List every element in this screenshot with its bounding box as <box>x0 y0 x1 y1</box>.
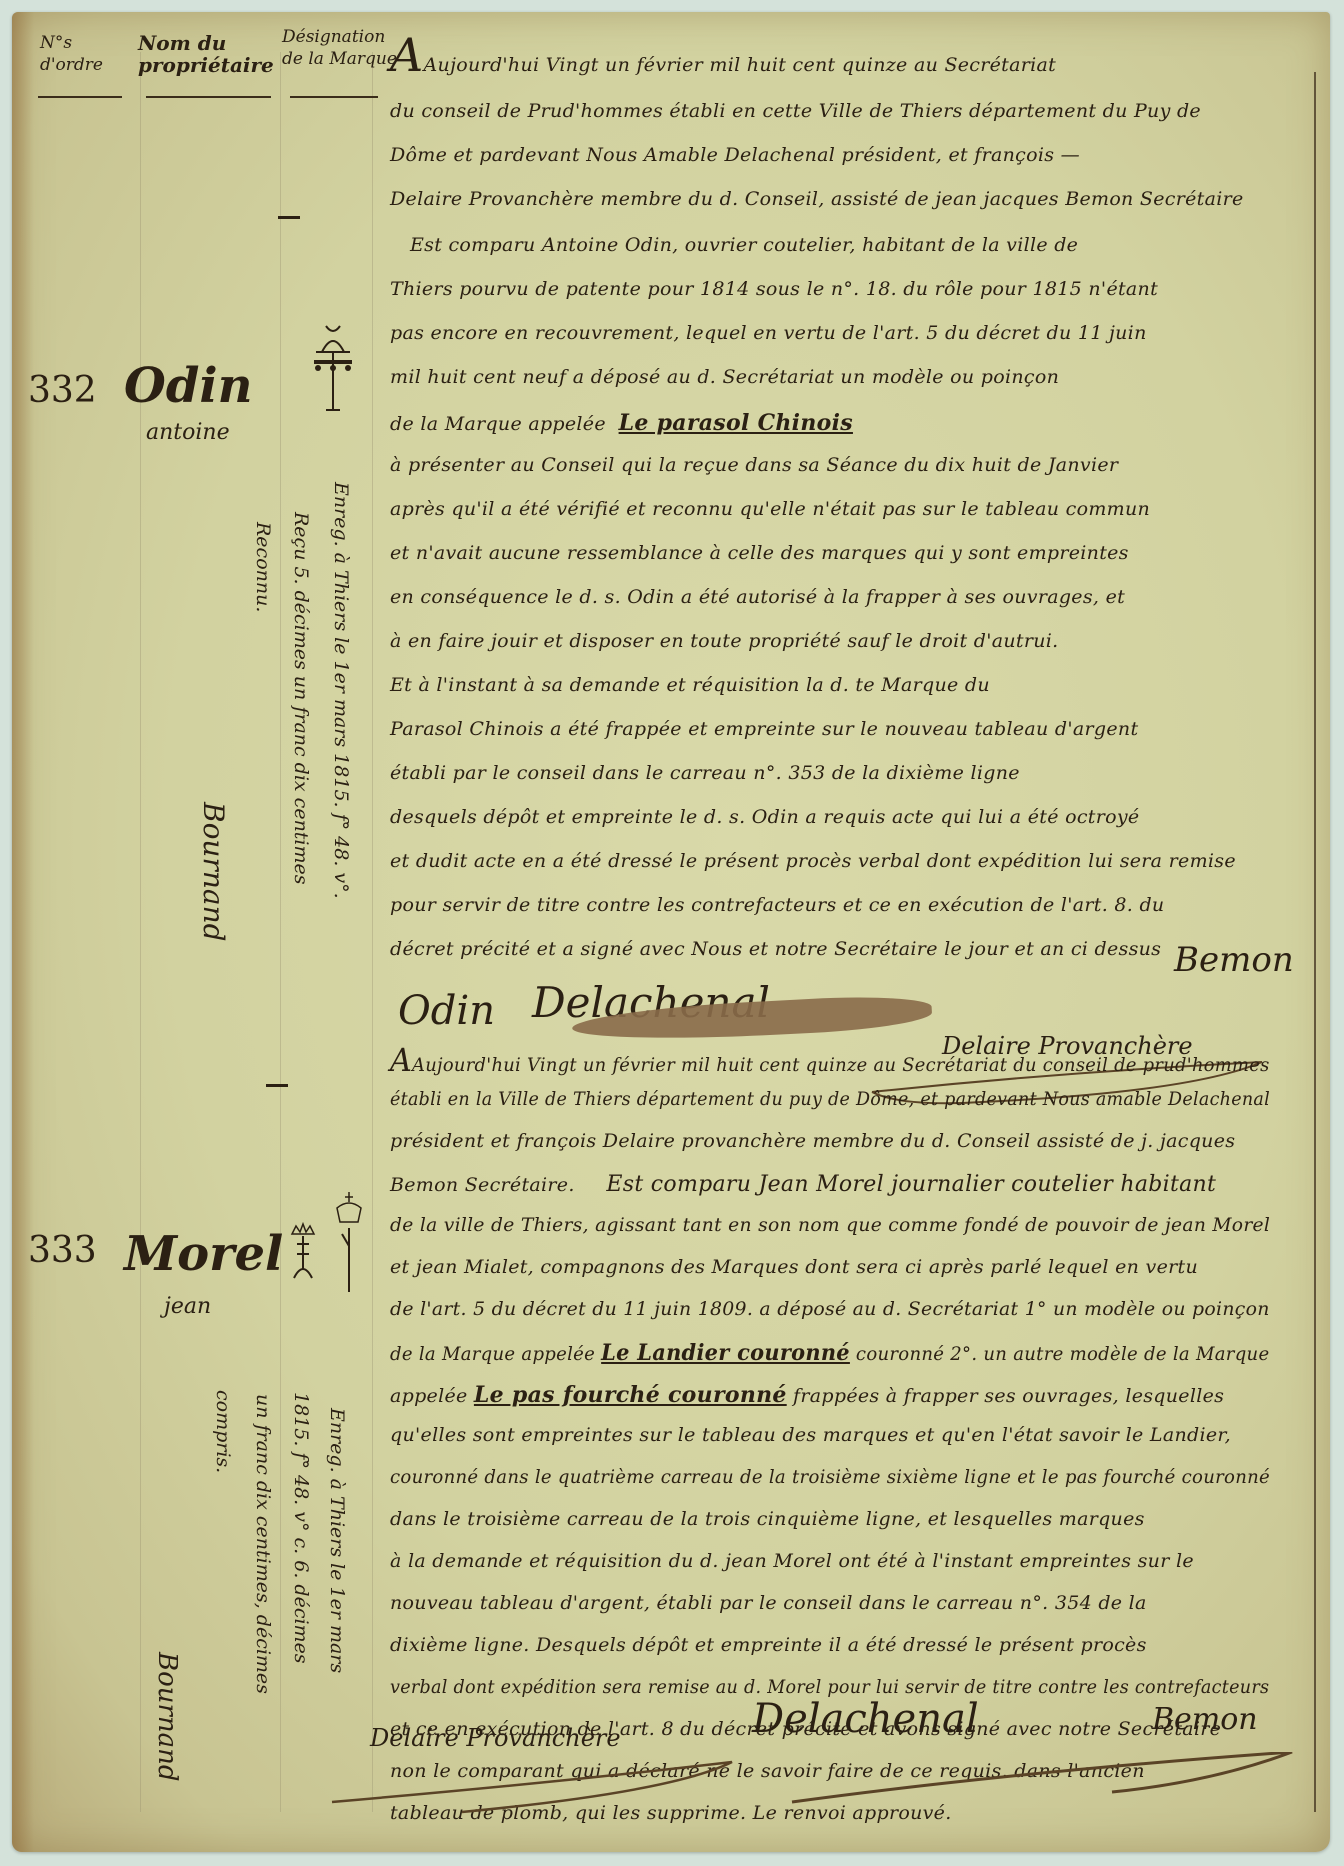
header-rule <box>290 96 378 98</box>
signature-bemon: Bemon <box>1174 940 1294 980</box>
body-line: et jean Mialet, compagnons des Marques d… <box>390 1256 1198 1278</box>
header-rule <box>38 96 122 98</box>
body-line: pas encore en recouvrement, lequel en ve… <box>390 322 1147 344</box>
body-line: à présenter au Conseil qui la reçue dans… <box>390 454 1118 476</box>
body-line: Bemon Secrétaire. Est comparu Jean Morel… <box>390 1172 1216 1197</box>
manuscript-page: N°s d'ordre Nom du propriétaire Désignat… <box>12 12 1330 1852</box>
header-number-column: N°s d'ordre <box>40 32 103 76</box>
body-line: pour servir de titre contre les contrefa… <box>390 894 1164 916</box>
margin-signature: Bournand <box>197 802 230 942</box>
body-line: Parasol Chinois a été frappée et emprein… <box>390 718 1138 740</box>
mark-name-pas-fourche: Le pas fourché couronné <box>474 1382 787 1408</box>
body-line: de l'art. 5 du décret du 11 juin 1809. a… <box>390 1298 1270 1320</box>
initial-capital: A <box>390 28 424 82</box>
header-rule <box>146 96 271 98</box>
body-line: décret précité et a signé avec Nous et n… <box>390 938 1161 960</box>
body-line: dans le troisième carreau de la trois ci… <box>390 1508 1145 1530</box>
body-line: et dudit acte en a été dressé le présent… <box>390 850 1236 872</box>
margin-dash <box>266 1084 288 1087</box>
body-line: après qu'il a été vérifié et reconnu qu'… <box>390 498 1150 520</box>
landier-crown-mark-icon <box>288 1222 318 1282</box>
mark-name: Le parasol Chinois <box>619 410 853 436</box>
margin-registration-note: Enreg. à Thiers le 1er mars 1815. f° 48.… <box>330 482 352 899</box>
signature-bemon: Bemon <box>1152 1702 1258 1737</box>
margin-registration-note: Reçu 5. décimes un franc dix centimes <box>290 512 312 885</box>
header-mark-column: Désignation de la Marque <box>282 26 397 70</box>
body-line: Dôme et pardevant Nous Amable Delachenal… <box>390 144 1080 166</box>
margin-dash <box>278 216 300 219</box>
initial-capital: A <box>390 1041 412 1079</box>
margin-registration-note: un franc dix centimes, décimes <box>252 1394 274 1694</box>
parasol-mark-icon <box>308 322 358 417</box>
mark-name-landier: Le Landier couronné <box>601 1340 850 1366</box>
body-line: à la demande et réquisition du d. jean M… <box>390 1550 1194 1572</box>
body-line: du conseil de Prud'hommes établi en cett… <box>390 100 1201 122</box>
body-line: mil huit cent neuf a déposé au d. Secrét… <box>390 366 1059 388</box>
body-line: qu'elles sont empreintes sur le tableau … <box>390 1424 1231 1446</box>
body-line: de la Marque appelée Le parasol Chinois <box>390 410 853 436</box>
body-line: AAujourd'hui Vingt un février mil huit c… <box>390 32 1056 78</box>
body-line: de la ville de Thiers, agissant tant en … <box>390 1214 1270 1236</box>
body-line: dixième ligne. Desquels dépôt et emprein… <box>390 1634 1147 1656</box>
column-rule <box>140 52 141 1812</box>
image-frame: N°s d'ordre Nom du propriétaire Désignat… <box>0 0 1344 1866</box>
crown-fork-mark-icon <box>334 1192 364 1292</box>
page-binding-edge <box>1314 72 1316 1812</box>
body-line: desquels dépôt et empreinte le d. s. Odi… <box>390 806 1139 828</box>
header-owner-column: Nom du propriétaire <box>138 32 274 76</box>
margin-signature: Bournand <box>152 1652 182 1782</box>
comparant-line: Est comparu Jean Morel journalier coutel… <box>606 1172 1216 1197</box>
signature-delachenal: Delachenal <box>752 1696 979 1742</box>
body-line: AAujourd'hui Vingt un février mil huit c… <box>390 1044 1270 1076</box>
body-line: président et françois Delaire provanchèr… <box>390 1130 1235 1152</box>
owner-surname: Odin <box>124 358 253 414</box>
body-line: verbal dont expédition sera remise au d.… <box>390 1676 1269 1698</box>
margin-registration-note: 1815. f° 48. v° c. 6. décimes <box>290 1392 312 1664</box>
margin-registration-note: Reconnu. <box>252 522 274 612</box>
owner-given-name: antoine <box>146 420 230 445</box>
column-rule <box>372 52 373 1812</box>
body-line: de la Marque appelée Le Landier couronné… <box>390 1340 1269 1366</box>
body-line: établi en la Ville de Thiers département… <box>390 1088 1270 1110</box>
body-line: en conséquence le d. s. Odin a été autor… <box>390 586 1125 608</box>
signature-odin: Odin <box>398 988 495 1034</box>
signature-flourish <box>312 1752 1312 1832</box>
body-line: Delaire Provanchère membre du d. Conseil… <box>390 188 1244 210</box>
body-line: Thiers pourvu de patente pour 1814 sous … <box>390 278 1158 300</box>
column-rule <box>280 52 281 1812</box>
body-line: couronné dans le quatrième carreau de la… <box>390 1466 1270 1488</box>
owner-given-name: jean <box>164 1294 211 1319</box>
margin-registration-note: compris. <box>212 1390 234 1473</box>
body-line: à en faire jouir et disposer en toute pr… <box>390 630 1059 652</box>
body-line: établi par le conseil dans le carreau n°… <box>390 762 1020 784</box>
entry-number: 333 <box>28 1230 97 1271</box>
body-line: Est comparu Antoine Odin, ouvrier coutel… <box>410 234 1078 256</box>
signature-delaire-provanchere: Delaire Provanchère <box>370 1724 621 1752</box>
margin-registration-note: Enreg. à Thiers le 1er mars <box>326 1408 348 1673</box>
owner-surname: Morel <box>124 1226 283 1282</box>
body-line: et n'avait aucune ressemblance à celle d… <box>390 542 1129 564</box>
body-line: Et à l'instant à sa demande et réquisiti… <box>390 674 990 696</box>
body-line: nouveau tableau d'argent, établi par le … <box>390 1592 1147 1614</box>
body-line: appelée Le pas fourché couronné frappées… <box>390 1382 1224 1408</box>
entry-number: 332 <box>28 370 97 411</box>
